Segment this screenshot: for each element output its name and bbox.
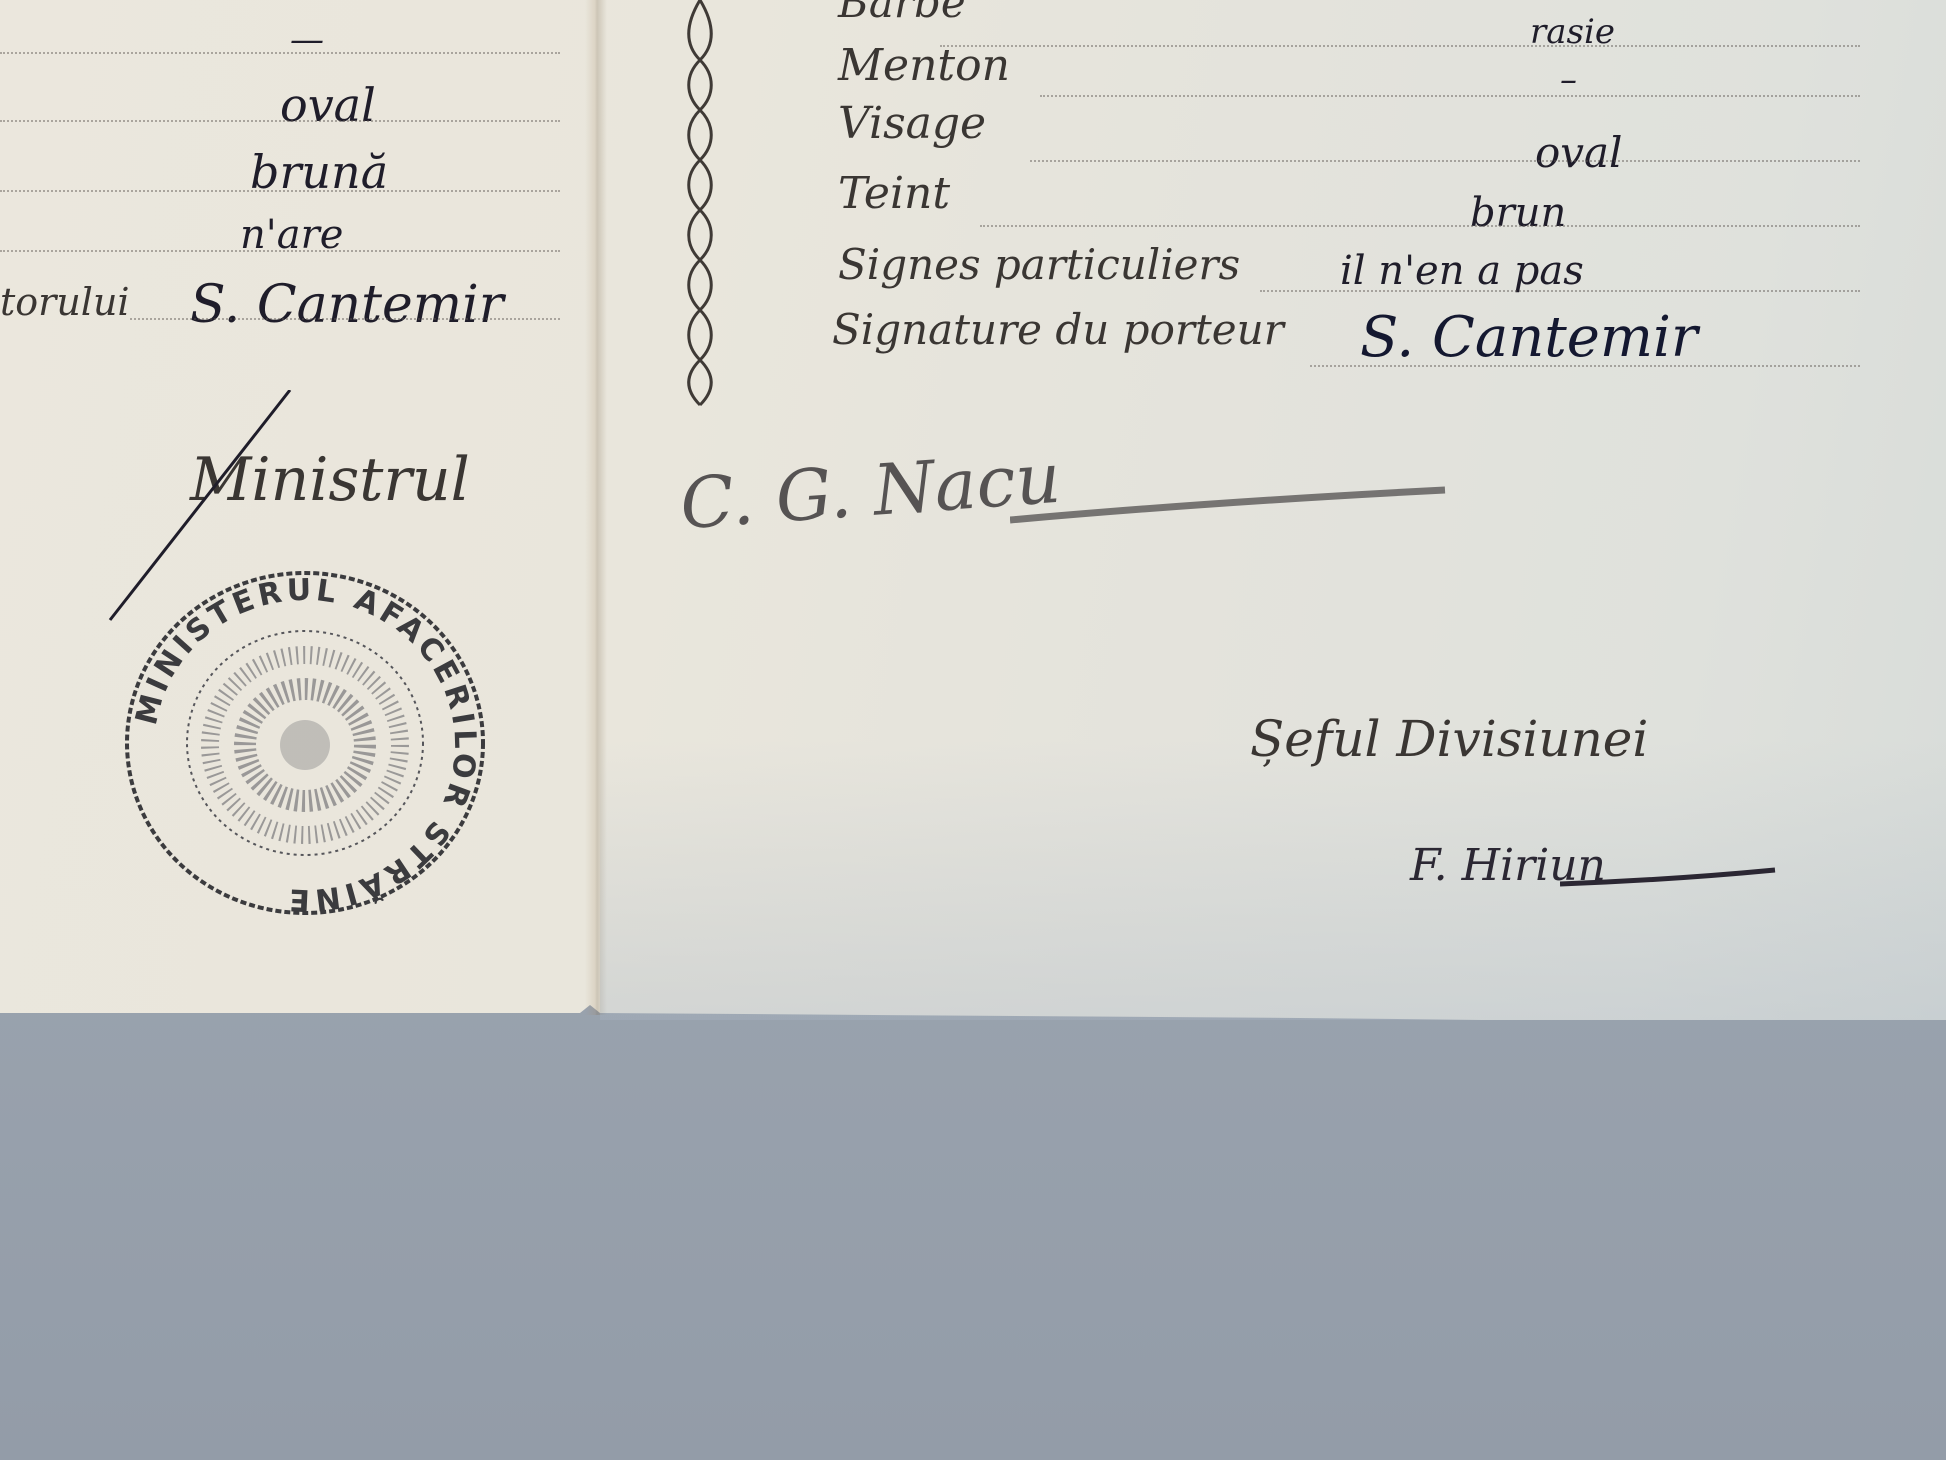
left-label-bearer: torului	[0, 280, 130, 324]
dotted-line	[1040, 95, 1860, 97]
value-teint: brun	[1470, 190, 1566, 236]
value-signes: il n'en a pas	[1340, 248, 1584, 294]
division-chief-label: Șeful Divisiunei	[1250, 710, 1648, 768]
value-visage: oval	[1535, 128, 1623, 177]
dotted-line	[940, 45, 1860, 47]
signature-underline-icon	[1560, 862, 1780, 892]
label-signature: Signature du porteur	[832, 305, 1284, 354]
dotted-line	[1310, 365, 1860, 367]
value-menton: –	[1560, 60, 1577, 100]
signature-flourish-icon	[1010, 480, 1450, 530]
left-value-face: oval	[280, 78, 376, 132]
bearer-signature: S. Cantemir	[1360, 305, 1698, 370]
dotted-line	[0, 190, 560, 192]
dotted-line	[0, 250, 560, 252]
label-barbe: Barbe	[838, 0, 966, 27]
label-signes: Signes particuliers	[838, 240, 1240, 289]
dotted-line	[0, 52, 560, 54]
label-menton: Menton	[838, 40, 1010, 91]
dotted-line	[0, 120, 560, 122]
ornamental-divider-icon	[680, 0, 720, 410]
label-teint: Teint	[838, 168, 950, 219]
left-value-mustache: —	[290, 20, 324, 60]
dotted-line	[1260, 290, 1860, 292]
dotted-line	[980, 225, 1860, 227]
dotted-line	[130, 318, 560, 320]
left-bearer-signature: S. Cantemir	[190, 275, 504, 335]
label-visage: Visage	[838, 98, 986, 149]
ministry-seal-icon: MINISTERUL AFACERILOR STRĂINE	[80, 535, 530, 955]
dotted-line	[1030, 160, 1860, 162]
